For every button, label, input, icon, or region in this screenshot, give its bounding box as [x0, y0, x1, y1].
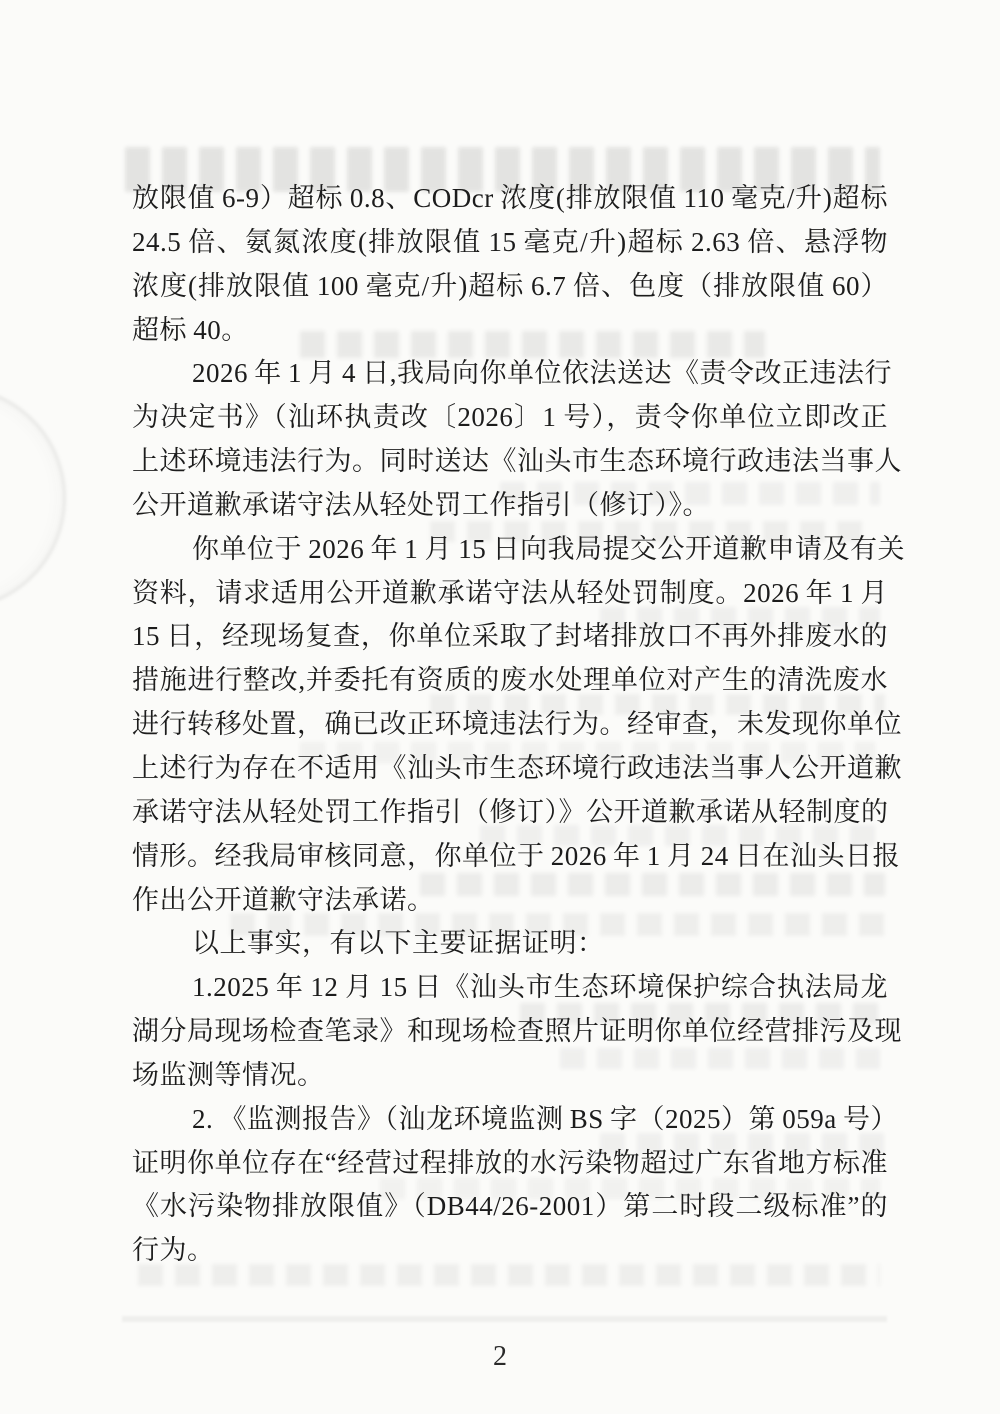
text-line: 措施进行整改,并委托有资质的废水处理单位对产生的清洗废水: [132, 659, 888, 703]
text-line: 上述行为存在不适用《汕头市生态环境行政违法当事人公开道歉: [132, 747, 888, 791]
text-line: 资料，请求适用公开道歉承诺守法从轻处罚制度。2026 年 1 月: [132, 572, 888, 616]
scan-streak: [122, 1316, 887, 1322]
text-line: 证明你单位存在“经营过程排放的水污染物超过广东省地方标准: [132, 1142, 888, 1186]
text-line: 情形。经我局审核同意，你单位于 2026 年 1 月 24 日在汕头日报: [132, 835, 888, 879]
document-body: 放限值 6-9）超标 0.8、CODcr 浓度(排放限值 110 毫克/升)超标…: [132, 177, 888, 1273]
text-line: 你单位于 2026 年 1 月 15 日向我局提交公开道歉申请及有关: [132, 528, 888, 572]
text-line: 承诺守法从轻处罚工作指引（修订）》公开道歉承诺从轻制度的: [132, 791, 888, 835]
text-line: 作出公开道歉守法承诺。: [132, 879, 888, 923]
text-line: 《水污染物排放限值》（DB44/26-2001）第二时段二级标准”的: [132, 1185, 888, 1229]
text-line: 2. 《监测报告》（汕龙环境监测 BS 字（2025）第 059a 号）: [132, 1098, 888, 1142]
text-line: 上述环境违法行为。同时送达《汕头市生态环境行政违法当事人: [132, 440, 888, 484]
text-line: 放限值 6-9）超标 0.8、CODcr 浓度(排放限值 110 毫克/升)超标: [132, 177, 888, 221]
text-line: 2026 年 1 月 4 日,我局向你单位依法送达《责令改正违法行: [132, 352, 888, 396]
text-line: 浓度(排放限值 100 毫克/升)超标 6.7 倍、色度（排放限值 60）: [132, 265, 888, 309]
seal-bleed-through: [0, 386, 66, 610]
text-line: 湖分局现场检查笔录》和现场检查照片证明你单位经营排污及现: [132, 1010, 888, 1054]
text-line: 进行转移处置，确已改正环境违法行为。经审查，未发现你单位: [132, 703, 888, 747]
text-line: 场监测等情况。: [132, 1054, 888, 1098]
text-line: 行为。: [132, 1229, 888, 1273]
text-line: 以上事实，有以下主要证据证明：: [132, 922, 888, 966]
scanned-document-page: 放限值 6-9）超标 0.8、CODcr 浓度(排放限值 110 毫克/升)超标…: [0, 0, 1000, 1414]
text-line: 为决定书》（汕环执责改〔2026〕1 号），责令你单位立即改正: [132, 396, 888, 440]
text-line: 超标 40。: [132, 309, 888, 353]
text-line: 24.5 倍、氨氮浓度(排放限值 15 毫克/升)超标 2.63 倍、悬浮物: [132, 221, 888, 265]
text-line: 15 日，经现场复查，你单位采取了封堵排放口不再外排废水的: [132, 615, 888, 659]
page-number: 2: [0, 1341, 1000, 1373]
text-line: 公开道歉承诺守法从轻处罚工作指引（修订）》。: [132, 484, 888, 528]
text-line: 1.2025 年 12 月 15 日《汕头市生态环境保护综合执法局龙: [132, 966, 888, 1010]
